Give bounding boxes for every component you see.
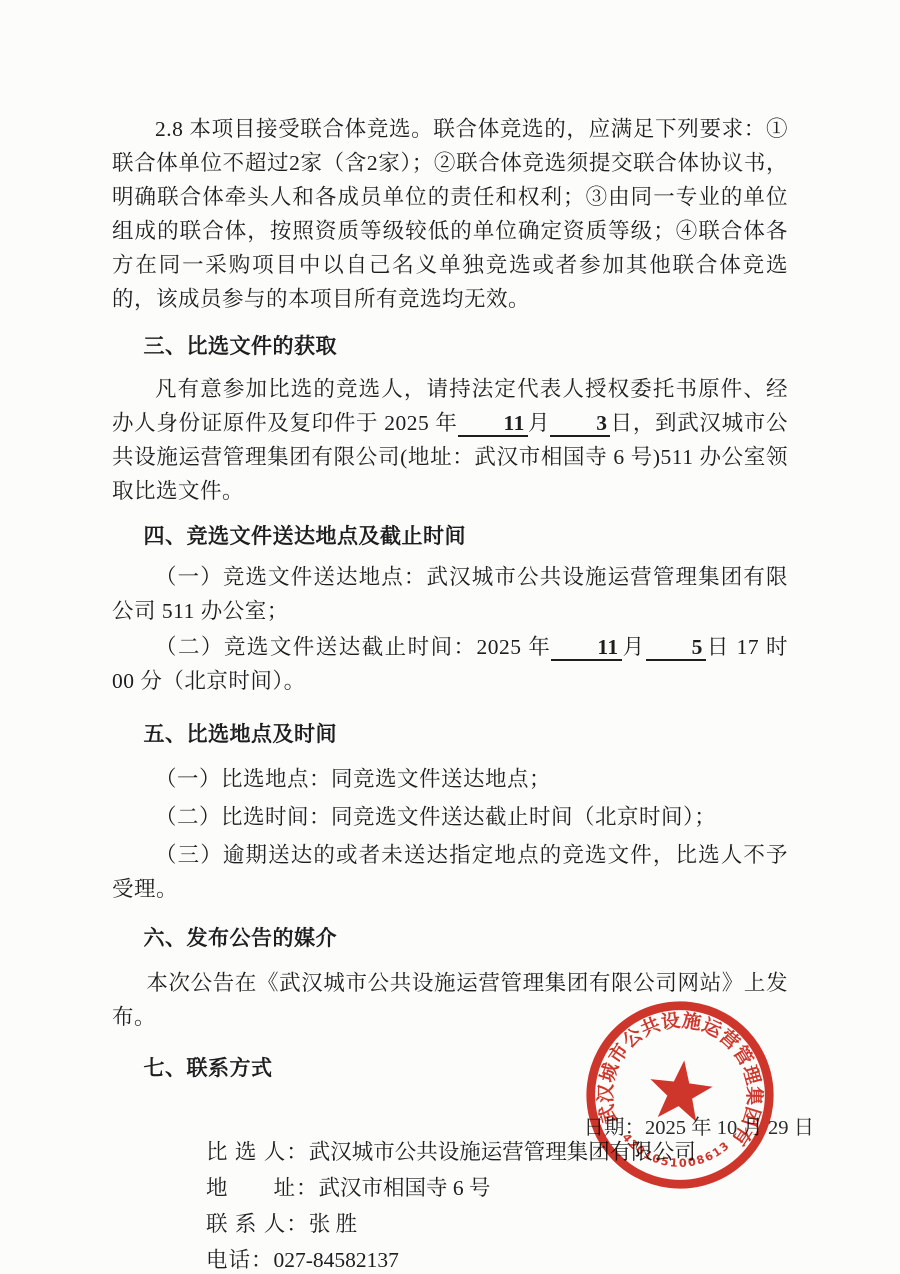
contact-value: 武汉市相国寺 6 号 bbox=[319, 1176, 491, 1200]
document-page: 2.8 本项目接受联合体竞选。联合体竞选的，应满足下列要求：①联合体单位不超过2… bbox=[0, 0, 900, 1274]
section-four-item-one: （一）竞选文件送达地点：武汉城市公共设施运营管理集团有限公司 511 办公室； bbox=[112, 560, 788, 628]
contact-label: 比 选 人： bbox=[206, 1140, 309, 1164]
month-blank-underline: 11 bbox=[551, 636, 621, 661]
heading-text: 六、发布公告的媒介 bbox=[144, 927, 338, 950]
heading-text: 五、比选地点及时间 bbox=[144, 723, 338, 746]
text-segment: （一）竞选文件送达地点：武汉城市公共设施运营管理集团有限公司 511 办公室； bbox=[112, 565, 788, 623]
paragraph-2-8: 2.8 本项目接受联合体竞选。联合体竞选的，应满足下列要求：①联合体单位不超过2… bbox=[112, 112, 788, 316]
section-five-item-one: （一）比选地点：同竞选文件送达地点； bbox=[112, 762, 788, 796]
contact-label: 联 系 人： bbox=[206, 1212, 309, 1236]
month-blank-underline: 11 bbox=[458, 412, 528, 437]
contact-value: 027-84582137 bbox=[274, 1248, 399, 1272]
text-segment: 月 bbox=[622, 635, 646, 659]
svg-text:武汉城市公共设施运营管理集团有限公司: 武汉城市公共设施运营管理集团有限公司 bbox=[572, 987, 780, 1152]
section-five-item-three: （三）逾期送达的或者未送达指定地点的竞选文件，比选人不予受理。 bbox=[112, 838, 788, 906]
text-segment: （一）比选地点：同竞选文件送达地点； bbox=[155, 767, 551, 791]
text-segment: （二）比选时间：同竞选文件送达截止时间（北京时间）； bbox=[155, 805, 716, 829]
company-seal-stamp: 武汉城市公共设施运营管理集团有限公司 42010510086133 bbox=[572, 987, 788, 1203]
heading-text: 三、比选文件的获取 bbox=[144, 335, 338, 358]
heading-text: 四、竞选文件送达地点及截止时间 bbox=[144, 525, 467, 548]
text-segment: 2.8 本项目接受联合体竞选。联合体竞选的，应满足下列要求：①联合体单位不超过2… bbox=[112, 117, 788, 311]
section-five-item-two: （二）比选时间：同竞选文件送达截止时间（北京时间）； bbox=[112, 800, 788, 834]
section-three-body: 凡有意参加比选的竞选人，请持法定代表人授权委托书原件、经办人身份证原件及复印件于… bbox=[112, 372, 788, 508]
section-five-heading: 五、比选地点及时间 bbox=[112, 718, 788, 752]
contact-value: 张 胜 bbox=[309, 1212, 357, 1236]
star-icon bbox=[646, 1057, 715, 1124]
contact-label: 电话： bbox=[206, 1248, 274, 1272]
heading-text: 七、联系方式 bbox=[144, 1057, 273, 1080]
section-four-item-two: （二）竞选文件送达截止时间：2025 年11月5日 17 时 00 分（北京时间… bbox=[112, 630, 788, 698]
text-segment: （二）竞选文件送达截止时间：2025 年 bbox=[155, 635, 551, 659]
section-six-heading: 六、发布公告的媒介 bbox=[112, 922, 788, 956]
contact-label: 地 址： bbox=[206, 1176, 319, 1200]
section-four-heading: 四、竞选文件送达地点及截止时间 bbox=[112, 520, 788, 554]
text-segment: 月 bbox=[528, 411, 550, 435]
section-three-heading: 三、比选文件的获取 bbox=[112, 330, 788, 364]
day-blank-underline: 3 bbox=[550, 412, 610, 437]
text-segment: （三）逾期送达的或者未送达指定地点的竞选文件，比选人不予受理。 bbox=[112, 843, 788, 901]
stamp-company-arc-text: 武汉城市公共设施运营管理集团有限公司 bbox=[572, 987, 780, 1152]
day-blank-underline: 5 bbox=[646, 636, 706, 661]
